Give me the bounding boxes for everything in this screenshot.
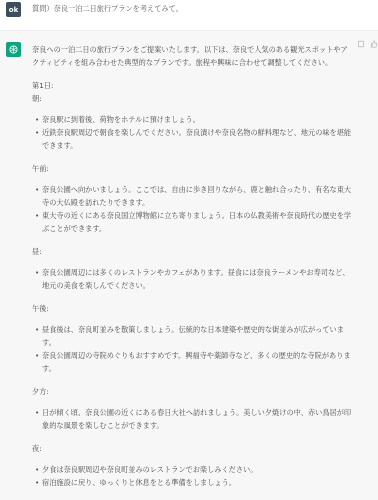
user-avatar: ok xyxy=(6,2,21,17)
section-heading: 昼: xyxy=(32,245,354,258)
assistant-avatar xyxy=(6,42,21,57)
section-heading: 夕方: xyxy=(32,385,354,398)
list-item: 近鉄奈良駅周辺で朝食を楽しんでください。奈良漬けや奈良名物の鮮料理など、地元の味… xyxy=(32,126,354,152)
section-heading: 午後: xyxy=(32,302,354,315)
section-night: 夜: 夕食は奈良駅周辺や奈良町並みのレストランでお楽しみください。 宿泊施設に戻… xyxy=(32,442,354,489)
user-message-text: 質問）奈良一泊二日旅行プランを考えてみて。 xyxy=(32,4,183,14)
section-afternoon: 午後: 昼食後は、奈良町並みを散策しましょう。伝統的な日本建築や歴史的な街並みが… xyxy=(32,302,354,375)
list-item: 宿泊施設に戻り、ゆっくりと休息をとる準備をしましょう。 xyxy=(32,476,354,489)
thumbs-up-icon[interactable] xyxy=(370,40,378,48)
section-late-morning: 午前: 奈良公園へ向かいましょう。ここでは、自由に歩き回りながら、鹿と触れ合った… xyxy=(32,162,354,235)
list-item: 奈良駅に到着後、荷物をホテルに預けましょう。 xyxy=(32,113,354,126)
list-item: 東大寺の近くにある奈良国立博物館に立ち寄りましょう。日本の仏教美術や奈良時代の歴… xyxy=(32,209,354,235)
intro-paragraph: 奈良への一泊二日の旅行プランをご提案いたします。以下は、奈良で人気のある観光スポ… xyxy=(32,43,354,69)
list-item: 奈良公園周辺には多くのレストランやカフェがあります。昼食には奈良ラーメンやお寿司… xyxy=(32,266,354,292)
list-item: 日が傾く頃、奈良公園の近くにある春日大社へ訪れましょう。美しい夕焼けの中、赤い鳥… xyxy=(32,406,354,432)
list-item: 奈良公園周辺の寺院めぐりもおすすめです。興福寺や薬師寺など、多くの歴史的な寺院が… xyxy=(32,349,354,375)
list-item: 奈良公園へ向かいましょう。ここでは、自由に歩き回りながら、鹿と触れ合ったり、有名… xyxy=(32,183,354,209)
section-heading: 午前: xyxy=(32,162,354,175)
openai-logo-icon xyxy=(8,44,19,55)
list-item: 夕食は奈良駅周辺や奈良町並みのレストランでお楽しみください。 xyxy=(32,463,354,476)
message-actions xyxy=(357,40,378,48)
section-evening: 夕方: 日が傾く頃、奈良公園の近くにある春日大社へ訪れましょう。美しい夕焼けの中… xyxy=(32,385,354,432)
day-title: 第1日: xyxy=(32,79,354,92)
list-item: 昼食後は、奈良町並みを散策しましょう。伝統的な日本建築や歴史的な街並みが広がって… xyxy=(32,323,354,349)
user-message-row: ok 質問）奈良一泊二日旅行プランを考えてみて。 xyxy=(0,0,378,31)
section-morning: 朝: 奈良駅に到着後、荷物をホテルに預けましょう。 近鉄奈良駅周辺で朝食を楽しん… xyxy=(32,92,354,152)
assistant-message-content: 奈良への一泊二日の旅行プランをご提案いたします。以下は、奈良で人気のある観光スポ… xyxy=(32,43,354,499)
section-heading: 夜: xyxy=(32,442,354,455)
section-noon: 昼: 奈良公園周辺には多くのレストランやカフェがあります。昼食には奈良ラーメンや… xyxy=(32,245,354,292)
section-heading: 朝: xyxy=(32,92,354,105)
copy-icon[interactable] xyxy=(357,40,365,48)
